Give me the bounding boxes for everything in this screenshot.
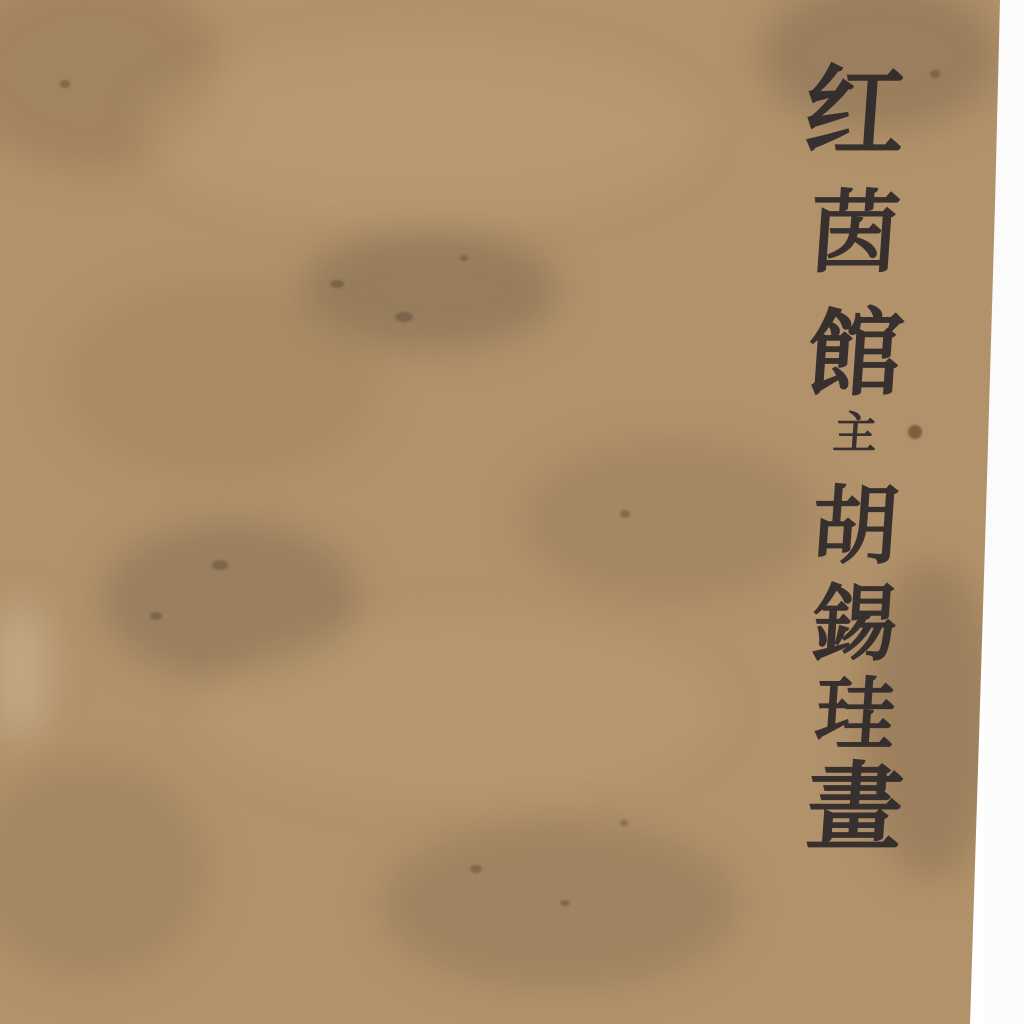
- paper-speck: [620, 820, 628, 826]
- inscription-char: 畫: [804, 760, 907, 856]
- paper-speck: [330, 280, 344, 288]
- paper-stain: [520, 440, 820, 600]
- paper-stain: [0, 600, 50, 740]
- inscription-char: 茵: [807, 188, 903, 278]
- paper-speck: [395, 312, 413, 322]
- paper-stain: [200, 620, 720, 800]
- paper-stain: [380, 820, 740, 990]
- inscription-char: 錫: [810, 582, 900, 666]
- aged-paper-sheet: 红 茵 館 主 胡 錫 珪 畫: [0, 0, 1000, 1024]
- inscription-char: 红: [802, 62, 909, 162]
- paper-speck: [212, 560, 228, 570]
- inscription-char: 胡: [809, 484, 901, 570]
- paper-speck: [620, 510, 630, 518]
- paper-speck: [560, 900, 570, 906]
- paper-speck: [908, 425, 922, 439]
- paper-speck: [150, 612, 162, 620]
- paper-speck: [60, 80, 70, 88]
- paper-stain: [0, 760, 210, 980]
- inscription-char: 主: [831, 412, 878, 456]
- inscription-char: 館: [804, 306, 907, 402]
- calligraphy-inscription: 红 茵 館 主 胡 錫 珪 畫: [800, 62, 910, 856]
- inscription-char: 珪: [812, 674, 898, 754]
- paper-speck: [470, 865, 482, 873]
- paper-stain: [60, 280, 380, 480]
- paper-speck: [930, 70, 940, 78]
- paper-stain: [140, 40, 700, 220]
- paper-speck: [460, 255, 468, 261]
